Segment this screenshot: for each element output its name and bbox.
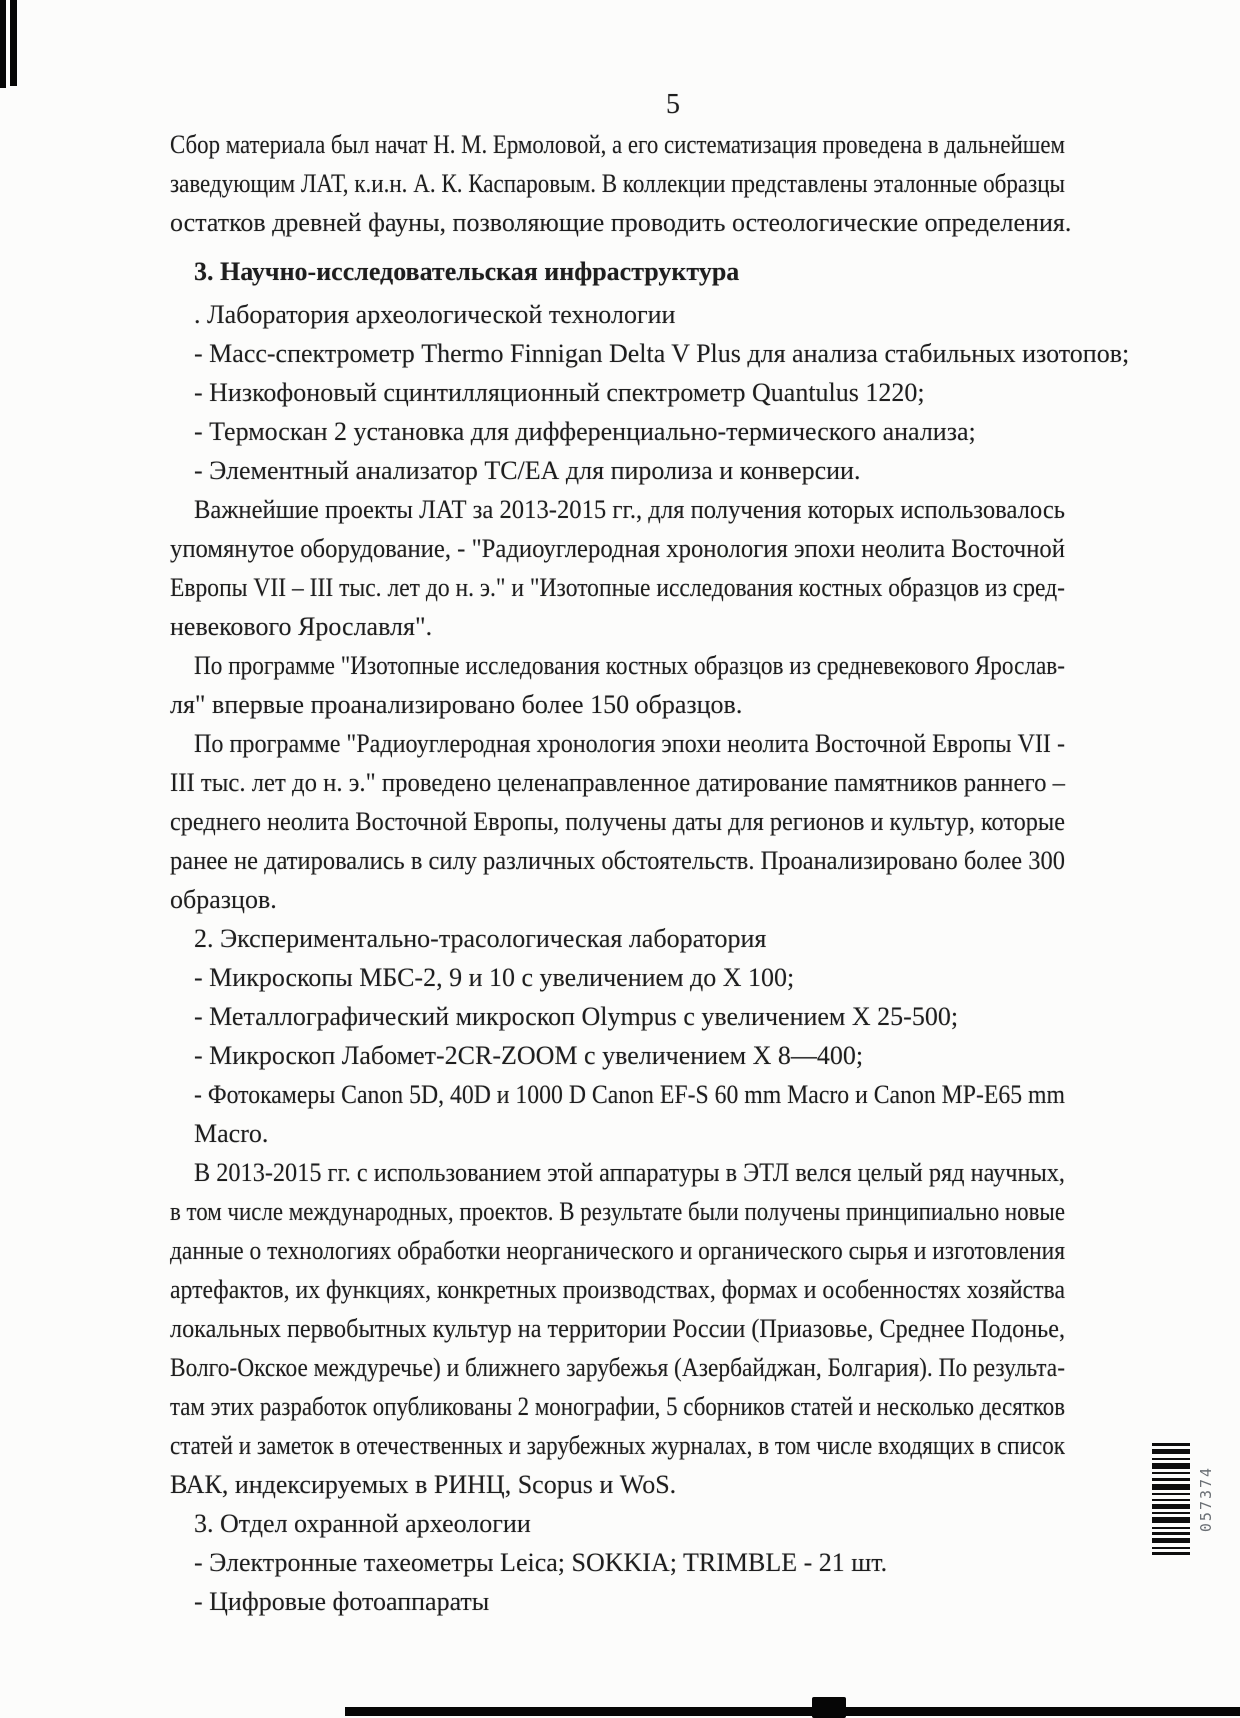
text-line: локальных первобытных культур на террито… bbox=[170, 1309, 1065, 1348]
paragraph: - Элементный анализатор ТС/ЕА для пироли… bbox=[170, 451, 1065, 490]
barcode-bar bbox=[1152, 1532, 1190, 1535]
paragraph: . Лаборатория археологической технологии bbox=[170, 295, 1065, 334]
paragraph: - Фотокамеры Canon 5D, 40D и 1000 D Cano… bbox=[170, 1075, 1065, 1153]
barcode-bar bbox=[1152, 1504, 1190, 1509]
paragraph: - Металлографический микроскоп Olympus с… bbox=[170, 997, 1065, 1036]
text-line: 3. Отдел охранной археологии bbox=[170, 1504, 1065, 1543]
text-line: там этих разработок опубликованы 2 моног… bbox=[170, 1387, 1065, 1426]
text-line: ранее не датировались в силу различных о… bbox=[170, 841, 1065, 880]
barcode-bar bbox=[1152, 1527, 1190, 1529]
barcode-bar bbox=[1152, 1512, 1190, 1514]
paragraph: По программе "Радиоуглеродная хронология… bbox=[170, 724, 1065, 919]
text-line: Сбор материала был начат Н. М. Ермоловой… bbox=[170, 125, 1065, 164]
text-line: статей и заметок в отечественных и заруб… bbox=[170, 1426, 1065, 1465]
barcode-bar bbox=[1152, 1443, 1190, 1446]
text-line: ВАК, индексируемых в РИНЦ, Scopus и WoS. bbox=[170, 1465, 1065, 1504]
text-line: Европы VII – III тыс. лет до н. э." и "И… bbox=[170, 568, 1065, 607]
text-line: 3. Научно-исследовательская инфраструкту… bbox=[170, 252, 1065, 291]
text-line: Волго-Окское междуречье) и ближнего зару… bbox=[170, 1348, 1065, 1387]
paragraph: - Низкофоновый сцинтилляционный спектром… bbox=[170, 373, 1065, 412]
barcode-bars bbox=[1152, 1443, 1190, 1555]
barcode-bar bbox=[1152, 1547, 1190, 1549]
scan-artifact-bottom-notch bbox=[812, 1697, 846, 1718]
text-line: ля" впервые проанализировано более 150 о… bbox=[170, 685, 1065, 724]
text-line: среднего неолита Восточной Европы, получ… bbox=[170, 802, 1065, 841]
barcode-bar bbox=[1152, 1499, 1190, 1501]
paragraph: По программе "Изотопные исследования кос… bbox=[170, 646, 1065, 724]
paragraph: Важнейшие проекты ЛАТ за 2013-2015 гг., … bbox=[170, 490, 1065, 646]
scan-artifact-bottom-band bbox=[345, 1707, 1240, 1716]
text-line: - Микроскопы МБС-2, 9 и 10 с увеличением… bbox=[170, 958, 1065, 997]
paragraph: - Микроскопы МБС-2, 9 и 10 с увеличением… bbox=[170, 958, 1065, 997]
text-line: Важнейшие проекты ЛАТ за 2013-2015 гг., … bbox=[170, 490, 1065, 529]
paragraph: - Масс-спектрометр Thermo Finnigan Delta… bbox=[170, 334, 1065, 373]
text-line: В 2013-2015 гг. с использованием этой ап… bbox=[170, 1153, 1065, 1192]
text-line: - Цифровые фотоаппараты bbox=[170, 1582, 1065, 1621]
barcode-bar bbox=[1152, 1484, 1190, 1490]
barcode: 057374 bbox=[1152, 1443, 1222, 1555]
text-line: образцов. bbox=[170, 880, 1065, 919]
text-line: - Масс-спектрометр Thermo Finnigan Delta… bbox=[170, 334, 1065, 373]
barcode-bar bbox=[1152, 1538, 1190, 1543]
paragraph: - Электронные тахеометры Leica; SOKKIA; … bbox=[170, 1543, 1065, 1582]
text-line: - Термоскан 2 установка для дифференциал… bbox=[170, 412, 1065, 451]
paragraph: В 2013-2015 гг. с использованием этой ап… bbox=[170, 1153, 1065, 1504]
text-line: данные о технологиях обработки неорганич… bbox=[170, 1231, 1065, 1270]
barcode-bar bbox=[1152, 1472, 1190, 1474]
paragraph: 3. Отдел охранной археологии bbox=[170, 1504, 1065, 1543]
barcode-bar bbox=[1152, 1493, 1190, 1495]
paragraph: - Микроскоп Лабомет-2CR-ZOOM с увеличени… bbox=[170, 1036, 1065, 1075]
text-line: . Лаборатория археологической технологии bbox=[170, 295, 1065, 334]
barcode-number: 057374 bbox=[1197, 1443, 1215, 1555]
text-line: По программе "Радиоуглеродная хронология… bbox=[170, 724, 1065, 763]
text-line: невекового Ярославля". bbox=[170, 607, 1065, 646]
text-line: - Фотокамеры Canon 5D, 40D и 1000 D Cano… bbox=[170, 1075, 1065, 1114]
text-line: III тыс. лет до н. э." проведено целенап… bbox=[170, 763, 1065, 802]
section-heading: 3. Научно-исследовательская инфраструкту… bbox=[170, 252, 1065, 291]
text-line: - Электронные тахеометры Leica; SOKKIA; … bbox=[170, 1543, 1065, 1582]
text-line: заведующим ЛАТ, к.и.н. А. К. Каспаровым.… bbox=[170, 164, 1065, 203]
document-body: Сбор материала был начат Н. М. Ермоловой… bbox=[170, 125, 1065, 1621]
text-line: - Низкофоновый сцинтилляционный спектром… bbox=[170, 373, 1065, 412]
page-number: 5 bbox=[666, 90, 680, 120]
paragraph: - Цифровые фотоаппараты bbox=[170, 1582, 1065, 1621]
text-line: упомянутое оборудование, - "Радиоуглерод… bbox=[170, 529, 1065, 568]
barcode-bar bbox=[1152, 1517, 1190, 1523]
scan-artifact-top-left-bar-1 bbox=[0, 0, 6, 88]
text-line: - Микроскоп Лабомет-2CR-ZOOM с увеличени… bbox=[170, 1036, 1065, 1075]
text-line: 2. Экспериментально-трасологическая лабо… bbox=[170, 919, 1065, 958]
text-line: в том числе международных, проектов. В р… bbox=[170, 1192, 1065, 1231]
barcode-bar bbox=[1152, 1478, 1190, 1481]
barcode-bar bbox=[1152, 1552, 1190, 1555]
barcode-bar bbox=[1152, 1463, 1190, 1469]
barcode-bar bbox=[1152, 1449, 1190, 1454]
paragraph: Сбор материала был начат Н. М. Ермоловой… bbox=[170, 125, 1065, 242]
paragraph: - Термоскан 2 установка для дифференциал… bbox=[170, 412, 1065, 451]
text-line: По программе "Изотопные исследования кос… bbox=[170, 646, 1065, 685]
text-line: - Элементный анализатор ТС/ЕА для пироли… bbox=[170, 451, 1065, 490]
barcode-bar bbox=[1152, 1458, 1190, 1460]
scanned-document-page: 5 Сбор материала был начат Н. М. Ермолов… bbox=[0, 0, 1240, 1718]
scan-artifact-top-left-bar-2 bbox=[10, 0, 17, 86]
text-line: Macro. bbox=[170, 1114, 1065, 1153]
text-line: артефактов, их функциях, конкретных прои… bbox=[170, 1270, 1065, 1309]
paragraph: 2. Экспериментально-трасологическая лабо… bbox=[170, 919, 1065, 958]
text-line: - Металлографический микроскоп Olympus с… bbox=[170, 997, 1065, 1036]
text-line: остатков древней фауны, позволяющие пров… bbox=[170, 203, 1065, 242]
